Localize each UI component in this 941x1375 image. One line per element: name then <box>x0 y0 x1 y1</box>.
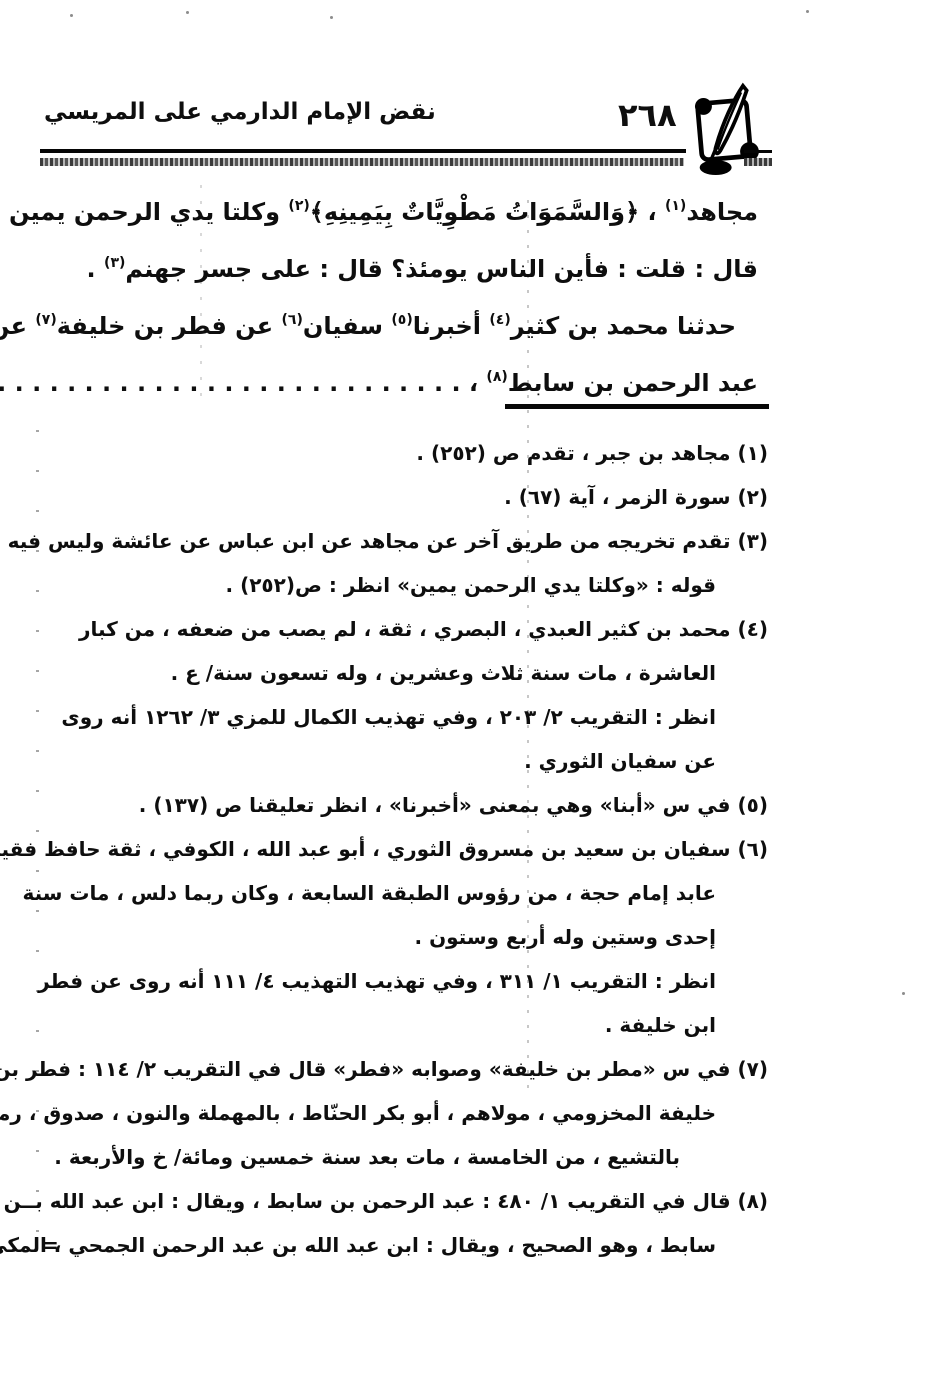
scan-dot <box>806 10 809 13</box>
footnote-8-line-2-text: سابط ، وهو الصحيح ، ويقال : ابن عبد الله… <box>0 1233 716 1257</box>
footnote-6-line-5: ابن خليفة . <box>48 1003 768 1047</box>
footnote-6-line-1: (٦) سفيان بن سعيد بن مسروق الثوري ، أبو … <box>48 827 768 871</box>
footnote-7-line-2: خليفة المخزومي ، مولاهم ، أبو بكر الحنّا… <box>48 1091 768 1135</box>
footnote-3-line-1: (٣) تقدم تخريجه من طريق آخر عن مجاهد عن … <box>48 519 768 563</box>
footnote-separator <box>505 404 769 409</box>
footnote-8-line-1: (٨) قال في التقريب ١/ ٤٨٠ : عبد الرحمن ب… <box>48 1179 768 1223</box>
scan-dot <box>902 992 905 995</box>
footnote-8-line-2: سابط ، وهو الصحيح ، ويقال : ابن عبد الله… <box>48 1223 768 1267</box>
continuation-mark: = <box>42 1223 59 1267</box>
footnote-7-line-3: بالتشيع ، من الخامسة ، مات بعد سنة خمسين… <box>48 1135 768 1179</box>
scan-dot <box>70 14 73 17</box>
book-page: نقض الإمام الدارمي على المريسي ٢٦٨ مجاهد… <box>0 0 941 1375</box>
main-paragraph-2-line-2: عبد الرحمن بن سابط(٨) ، . . . . . . . . … <box>48 349 758 406</box>
footnote-7-line-1: (٧) في س «مطر بن خليفة» وصوابه «فطر» قال… <box>48 1047 768 1091</box>
book-title: نقض الإمام الدارمي على المريسي <box>44 99 436 125</box>
header-rule-hatch <box>40 158 684 166</box>
footnote-6-line-4: انظر : التقريب ١/ ٣١١ ، وفي تهذيب التهذي… <box>48 959 768 1003</box>
footnote-6-line-2: عابد إمام حجة ، من رؤوس الطبقة السابعة ،… <box>48 871 768 915</box>
scan-specks-left <box>36 430 39 1260</box>
header-rule-solid-stub <box>744 150 772 153</box>
footnote-1: (١) مجاهد بن جبر ، تقدم ص (٢٥٢) . <box>48 431 768 475</box>
scan-dot <box>330 16 333 19</box>
scan-dot <box>186 11 189 14</box>
header-rule-solid <box>40 149 686 153</box>
footnotes: (١) مجاهد بن جبر ، تقدم ص (٢٥٢) . (٢) سو… <box>48 431 768 1267</box>
page-number: ٢٦٨ <box>618 96 677 134</box>
header-rule-hatch-stub <box>744 158 772 166</box>
main-text: مجاهد(١) ، ﴿وَالسَّمَوَاتُ مَطْوِيَّاتٌ … <box>48 178 758 406</box>
main-paragraph-1-line-2: قال : قلت : فأين الناس يومئذ؟ قال : على … <box>48 235 758 292</box>
footnote-6-line-3: إحدى وستين وله أربع وستون . <box>48 915 768 959</box>
footnote-5: (٥) في س «أبنا» وهي بمعنى «أخبرنا» ، انظ… <box>48 783 768 827</box>
footnote-4-line-4: عن سفيان الثوري . <box>48 739 768 783</box>
footnote-4-line-2: العاشرة ، مات سنة ثلاث وعشرين ، وله تسعو… <box>48 651 768 695</box>
scan-fold-line <box>527 200 529 1100</box>
footnote-2: (٢) سورة الزمر ، آية (٦٧) . <box>48 475 768 519</box>
footnote-3-line-2: قوله : «وكلتا يدي الرحمن يمين» انظر : ص(… <box>48 563 768 607</box>
scan-fold-line-2 <box>200 185 202 405</box>
main-paragraph-1-line-1: مجاهد(١) ، ﴿وَالسَّمَوَاتُ مَطْوِيَّاتٌ … <box>48 178 758 235</box>
main-paragraph-2-line-1: حدثنا محمد بن كثير(٤) أخبرنا(٥) سفيان(٦)… <box>48 292 758 349</box>
footnote-4-line-1: (٤) محمد بن كثير العبدي ، البصري ، ثقة ،… <box>48 607 768 651</box>
footnote-4-line-3: انظر : التقريب ٢/ ٢٠٣ ، وفي تهذيب الكمال… <box>48 695 768 739</box>
